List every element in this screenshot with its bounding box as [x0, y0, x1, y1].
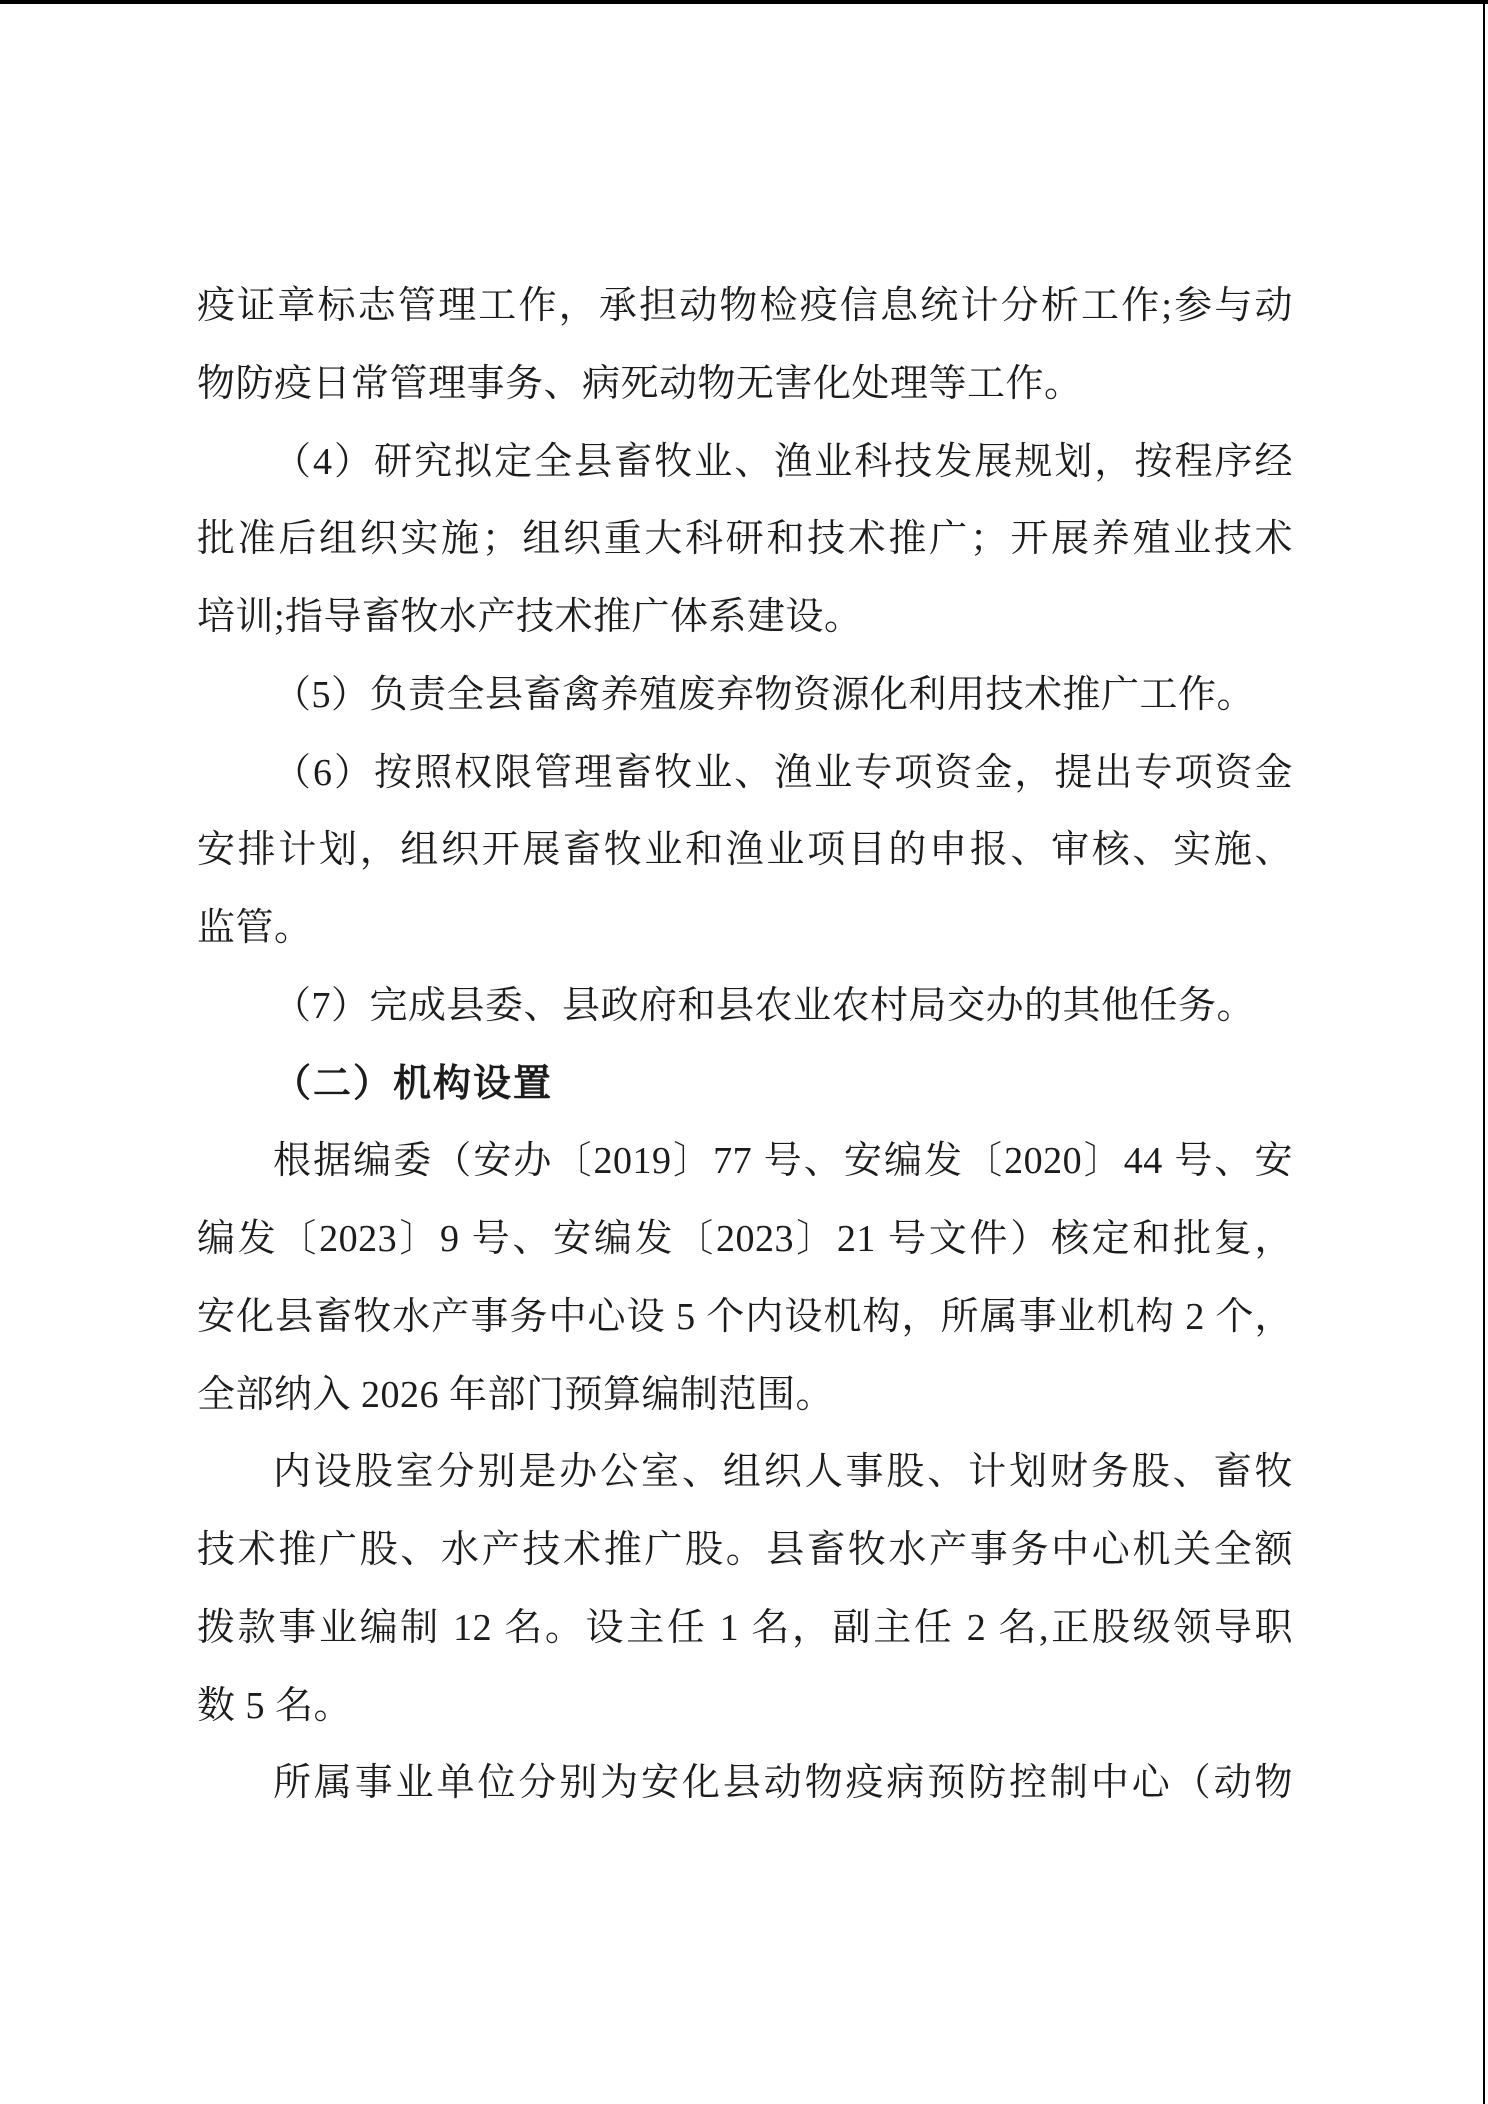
text-line: 安化县畜牧水产事务中心设 5 个内设机构，所属事业机构 2 个， — [197, 1279, 1293, 1357]
text-line: 全部纳入 2026 年部门预算编制范围。 — [197, 1357, 1293, 1435]
section-heading: （二）机构设置 — [197, 1046, 1293, 1124]
text-line: （6）按照权限管理畜牧业、渔业专项资金，提出专项资金 — [197, 735, 1293, 813]
text-line: 监管。 — [197, 890, 1293, 968]
text-line: 数 5 名。 — [197, 1668, 1293, 1746]
document-page: 疫证章标志管理工作，承担动物检疫信息统计分析工作;参与动 物防疫日常管理事务、病… — [0, 0, 1488, 2104]
text-line: 编发〔2023〕9 号、安编发〔2023〕21 号文件）核定和批复， — [197, 1201, 1293, 1279]
text-line: 物防疫日常管理事务、病死动物无害化处理等工作。 — [197, 346, 1293, 424]
top-edge-bar — [0, 0, 1488, 4]
text-line: （5）负责全县畜禽养殖废弃物资源化利用技术推广工作。 — [197, 657, 1293, 735]
text-line: （4）研究拟定全县畜牧业、渔业科技发展规划，按程序经 — [197, 424, 1293, 502]
right-edge-line — [1483, 0, 1485, 2104]
document-text-block: 疫证章标志管理工作，承担动物检疫信息统计分析工作;参与动 物防疫日常管理事务、病… — [197, 268, 1293, 1823]
text-line: 安排计划，组织开展畜牧业和渔业项目的申报、审核、实施、 — [197, 812, 1293, 890]
text-line: （7）完成县委、县政府和县农业农村局交办的其他任务。 — [197, 968, 1293, 1046]
text-line: 批准后组织实施；组织重大科研和技术推广；开展养殖业技术 — [197, 501, 1293, 579]
text-line: 培训;指导畜牧水产技术推广体系建设。 — [197, 579, 1293, 657]
text-line: 疫证章标志管理工作，承担动物检疫信息统计分析工作;参与动 — [197, 268, 1293, 346]
text-line: 拨款事业编制 12 名。设主任 1 名，副主任 2 名,正股级领导职 — [197, 1590, 1293, 1668]
text-line: 所属事业单位分别为安化县动物疫病预防控制中心（动物 — [197, 1745, 1293, 1823]
text-line: 技术推广股、水产技术推广股。县畜牧水产事务中心机关全额 — [197, 1512, 1293, 1590]
text-line: 根据编委（安办〔2019〕77 号、安编发〔2020〕44 号、安 — [197, 1123, 1293, 1201]
text-line: 内设股室分别是办公室、组织人事股、计划财务股、畜牧 — [197, 1434, 1293, 1512]
